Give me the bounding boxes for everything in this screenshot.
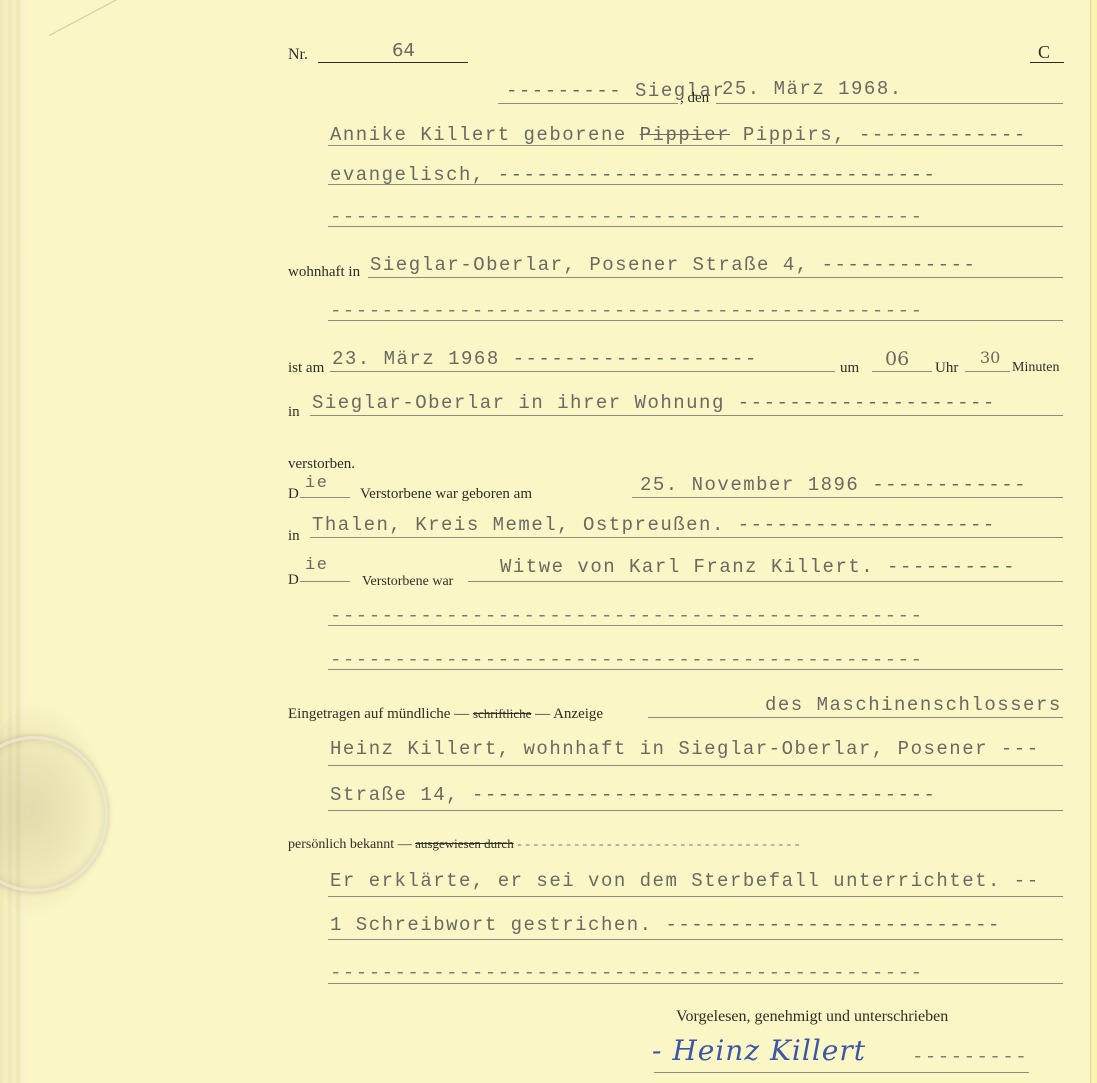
statement-line-1: [328, 896, 1063, 897]
struck-identified-by: ausgewiesen durch: [415, 836, 514, 851]
birth-place-value: Thalen, Kreis Memel, Ostpreußen. -------…: [312, 514, 996, 536]
death-minutes: 30: [980, 348, 1000, 367]
birth-date-line: [632, 497, 1063, 498]
informant-value-3: Straße 14, -----------------------------…: [330, 784, 936, 806]
birth-d-suffix: ie: [305, 474, 328, 493]
birth-d-suffix-line: [300, 497, 350, 498]
death-place-label: in: [288, 404, 300, 421]
marital-d-suffix: ie: [305, 556, 328, 575]
um-label: um: [840, 360, 859, 377]
page-right-edge: [1090, 0, 1097, 1083]
blank-dashes-2: ----------------------------------------…: [330, 300, 924, 322]
nr-label: Nr.: [288, 46, 308, 64]
registration-date: 25. März 1968.: [722, 78, 903, 100]
signature-line: [654, 1072, 1029, 1073]
struck-maiden-name: Pippier: [640, 124, 730, 146]
death-date-label: ist am: [288, 360, 324, 377]
birth-date-value: 25. November 1896 ------------: [640, 474, 1027, 496]
informant-label: Eingetragen auf mündliche — schriftliche…: [288, 706, 603, 723]
blank-dashes-1: ----------------------------------------…: [330, 206, 924, 228]
residence-line: [368, 277, 1063, 278]
record-number: 64: [392, 40, 415, 61]
signature-dashes: ---------: [912, 1046, 1028, 1068]
struck-written-option: schriftliche: [473, 706, 531, 721]
informant-signature: - Heinz Killert: [652, 1034, 866, 1067]
informant-line-3: [328, 810, 1063, 811]
birth-label: Verstorbene war geboren am: [360, 486, 532, 503]
den-label: , den: [680, 90, 709, 107]
death-date-line: [330, 371, 835, 372]
death-date-value: 23. März 1968 -------------------: [332, 348, 758, 370]
deceased-name: Annike Killert geborene Pippier Pippirs,…: [330, 124, 1027, 146]
nr-underline: [318, 62, 468, 63]
birth-place-line: [310, 537, 1063, 538]
informant-line-2: [328, 765, 1063, 766]
blank-dashes-4: ----------------------------------------…: [330, 649, 924, 671]
closing-label: Vorgelesen, genehmigt und unterschrieben: [676, 1008, 948, 1026]
residence-value: Sieglar-Oberlar, Posener Straße 4, -----…: [370, 254, 976, 276]
register-letter: C: [1038, 42, 1050, 63]
religion-value: evangelisch, ---------------------------…: [330, 164, 936, 186]
birth-place-label: in: [288, 528, 300, 545]
hour-line: [872, 371, 932, 372]
place-line: [498, 103, 678, 104]
marital-line: [468, 581, 1063, 582]
uhr-label: Uhr: [935, 360, 958, 377]
death-place-value: Sieglar-Oberlar in ihrer Wohnung -------…: [312, 392, 996, 414]
birth-d-label: D: [288, 486, 299, 503]
deceased-label: verstorben.: [288, 456, 355, 473]
marital-value: Witwe von Karl Franz Killert. ----------: [500, 556, 1016, 578]
blank-dashes-3: ----------------------------------------…: [330, 605, 924, 627]
statement-line-2: [328, 939, 1063, 940]
marital-d-suffix-line: [300, 581, 350, 582]
date-line: [716, 103, 1063, 104]
informant-value-2: Heinz Killert, wohnhaft in Sieglar-Oberl…: [330, 738, 1040, 760]
residence-label: wohnhaft in: [288, 264, 360, 281]
minutes-line: [965, 371, 1010, 372]
identity-label: persönlich bekannt — ausgewiesen durch -…: [288, 836, 799, 853]
informant-value-1: des Maschinenschlossers: [765, 694, 1062, 716]
minutes-label: Minuten: [1012, 360, 1059, 376]
marital-d-label: D: [288, 572, 299, 589]
death-place-line: [310, 415, 1063, 416]
register-letter-underline: [1030, 62, 1064, 63]
death-hour: 06: [885, 348, 909, 370]
marital-label: Verstorbene war: [362, 574, 453, 590]
statement-value-1: Er erklärte, er sei von dem Sterbefall u…: [330, 870, 1040, 892]
statement-value-2: 1 Schreibwort gestrichen. --------------…: [330, 914, 1001, 936]
informant-line-1: [648, 717, 1063, 718]
statement-dashes: ----------------------------------------…: [330, 962, 924, 984]
